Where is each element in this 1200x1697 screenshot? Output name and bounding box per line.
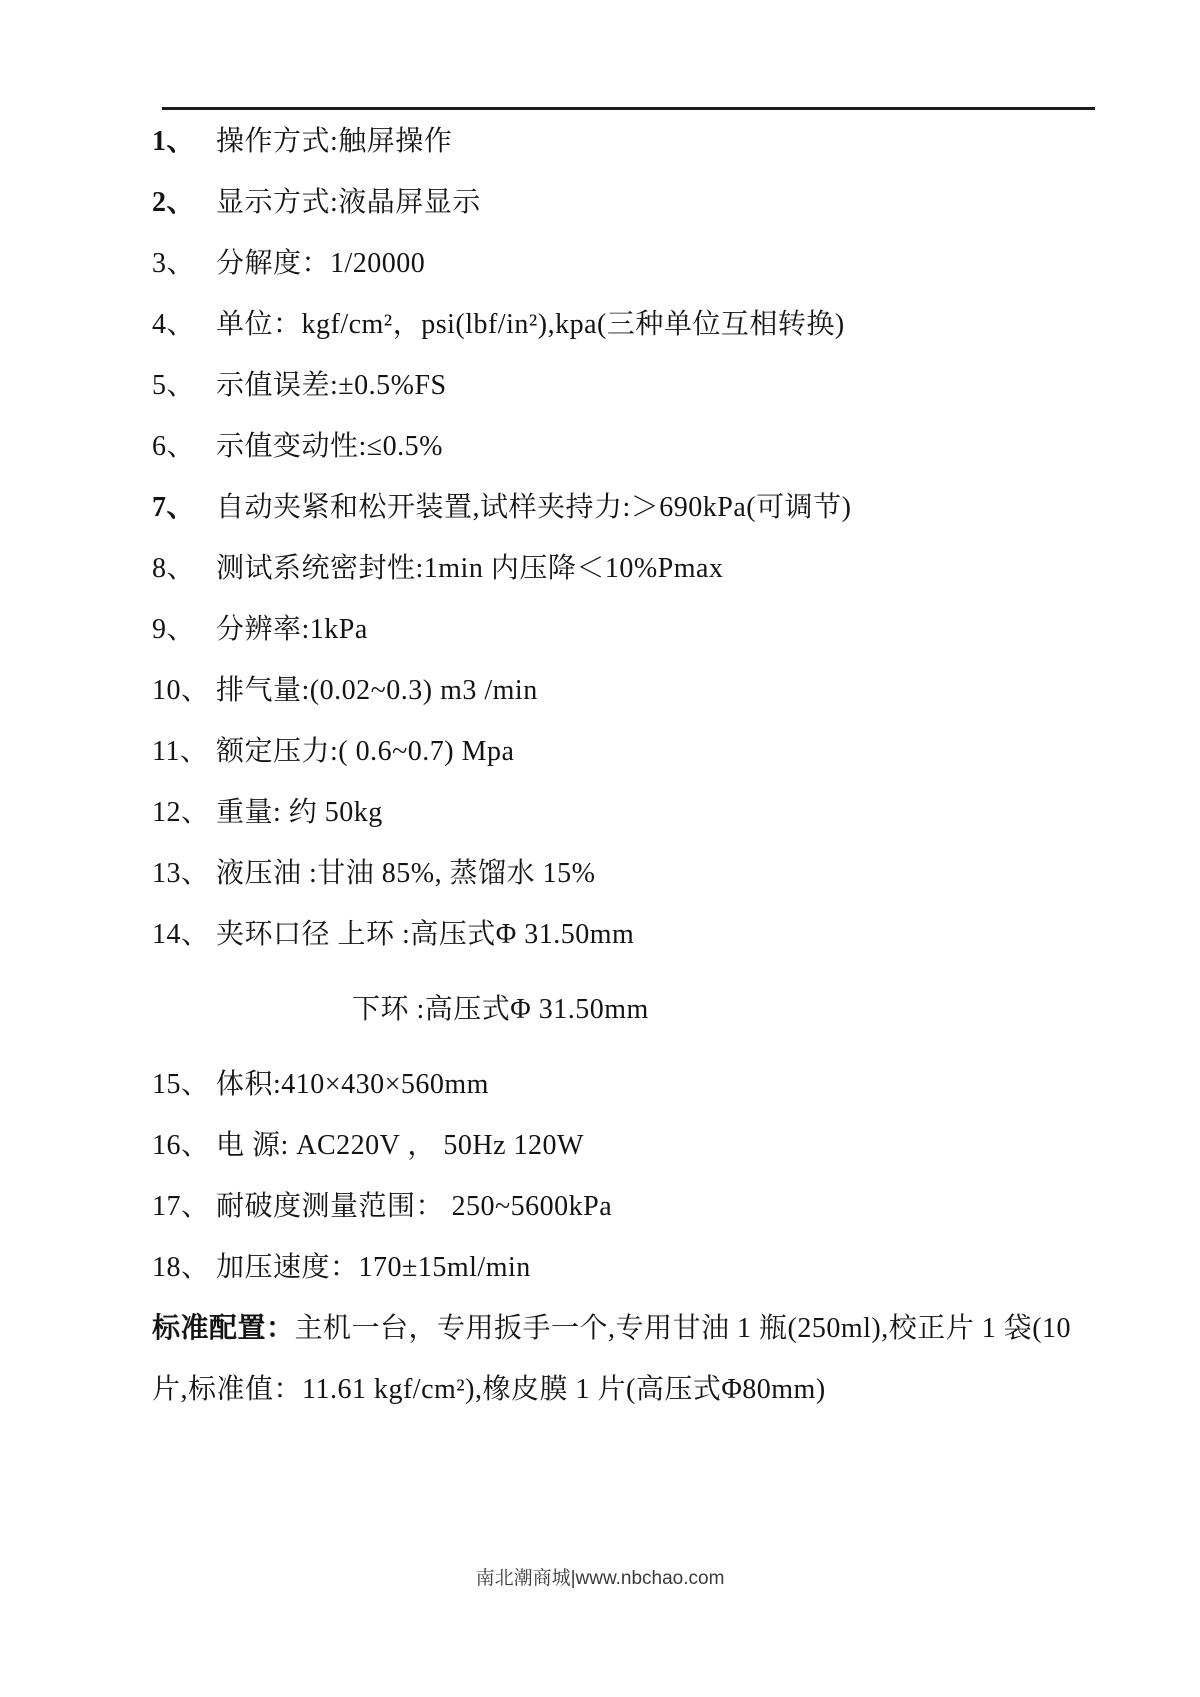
spec-item: 10、排气量:(0.02~0.3) m3 /min: [152, 675, 1132, 706]
spec-item-text: 操作方式:触屏操作: [216, 126, 452, 157]
spec-item-number: 16、: [152, 1130, 216, 1161]
spec-item-text: 液压油 :甘油 85%, 蒸馏水 15%: [216, 858, 595, 889]
document-page: 1、操作方式:触屏操作 2、显示方式:液晶屏显示 3、分解度：1/20000 4…: [0, 0, 1200, 1697]
spec-item-text: 体积:410×430×560mm: [216, 1069, 489, 1100]
spec-item-text: 单位：kgf/cm²，psi(lbf/in²),kpa(三种单位互相转换): [216, 309, 845, 340]
spec-item-number: 12、: [152, 797, 216, 828]
spec-item: 17、耐破度测量范围： 250~5600kPa: [152, 1191, 1132, 1222]
spec-item: 7、自动夹紧和松开装置,试样夹持力:＞690kPa(可调节): [152, 492, 1132, 523]
top-rule-divider: [162, 107, 1095, 110]
standard-config-text: 主机一台，专用扳手一个,专用甘油 1 瓶(250ml),校正片 1 袋(10: [295, 1313, 1072, 1344]
footer-watermark: 南北潮商城|www.nbchao.com: [0, 1563, 1200, 1590]
spec-item-text: 额定压力:( 0.6~0.7) Mpa: [216, 736, 514, 767]
spec-item: 13、液压油 :甘油 85%, 蒸馏水 15%: [152, 858, 1132, 889]
spec-item-text: 耐破度测量范围： 250~5600kPa: [216, 1191, 612, 1222]
spec-item-text: 分辨率:1kPa: [216, 614, 368, 645]
spec-item-text: 自动夹紧和松开装置,试样夹持力:＞690kPa(可调节): [216, 492, 851, 523]
spec-item: 18、加压速度：170±15ml/min: [152, 1252, 1132, 1283]
spec-item-number: 17、: [152, 1191, 216, 1222]
spec-item-text: 示值变动性:≤0.5%: [216, 431, 443, 462]
spec-item-number: 11、: [152, 736, 216, 767]
spec-item-number: 14、: [152, 919, 216, 950]
spec-item-number: 6、: [152, 431, 216, 462]
spec-item-text: 排气量:(0.02~0.3) m3 /min: [216, 675, 538, 706]
spec-item-number: 5、: [152, 370, 216, 401]
spec-item: 15、体积:410×430×560mm: [152, 1069, 1132, 1100]
spec-item-continuation: 下环 :高压式Φ 31.50mm: [152, 994, 1132, 1025]
spec-item: 14、夹环口径 上环 :高压式Φ 31.50mm: [152, 919, 1132, 950]
spec-item-text: 测试系统密封性:1min 内压降＜10%Pmax: [216, 553, 723, 584]
spec-item-number: 18、: [152, 1252, 216, 1283]
standard-config-label: 标准配置：: [152, 1313, 295, 1344]
standard-config-line-2: 片,标准值：11.61 kgf/cm²),橡皮膜 1 片(高压式Φ80mm): [152, 1374, 1132, 1405]
spec-item-number: 2、: [152, 187, 216, 218]
spec-item-text: 显示方式:液晶屏显示: [216, 187, 481, 218]
spec-item-text: 加压速度：170±15ml/min: [216, 1252, 531, 1283]
spec-item: 4、单位：kgf/cm²，psi(lbf/in²),kpa(三种单位互相转换): [152, 309, 1132, 340]
spec-item-number: 8、: [152, 553, 216, 584]
spec-item-text: 分解度：1/20000: [216, 248, 425, 279]
spec-item: 6、示值变动性:≤0.5%: [152, 431, 1132, 462]
spec-item: 16、电 源: AC220V ， 50Hz 120W: [152, 1130, 1132, 1161]
standard-config-line-1: 标准配置：主机一台，专用扳手一个,专用甘油 1 瓶(250ml),校正片 1 袋…: [152, 1313, 1132, 1344]
spec-item-text: 重量: 约 50kg: [216, 797, 383, 828]
spec-item-text: 下环 :高压式Φ 31.50mm: [352, 994, 649, 1025]
spec-item: 12、重量: 约 50kg: [152, 797, 1132, 828]
spec-item: 2、显示方式:液晶屏显示: [152, 187, 1132, 218]
standard-config-text: 片,标准值：11.61 kgf/cm²),橡皮膜 1 片(高压式Φ80mm): [152, 1374, 826, 1405]
spec-item-number: 15、: [152, 1069, 216, 1100]
spec-list: 1、操作方式:触屏操作 2、显示方式:液晶屏显示 3、分解度：1/20000 4…: [152, 126, 1132, 1435]
spec-item: 3、分解度：1/20000: [152, 248, 1132, 279]
spec-item-text: 电 源: AC220V ， 50Hz 120W: [216, 1130, 584, 1161]
spec-item-number: 3、: [152, 248, 216, 279]
spec-item: 5、示值误差:±0.5%FS: [152, 370, 1132, 401]
spec-item-number: 7、: [152, 492, 216, 523]
spec-item-number: 1、: [152, 126, 216, 157]
spec-item-number: 4、: [152, 309, 216, 340]
spec-item: 8、测试系统密封性:1min 内压降＜10%Pmax: [152, 553, 1132, 584]
footer-watermark-text: 南北潮商城|www.nbchao.com: [476, 1568, 725, 1589]
spec-item-text: 示值误差:±0.5%FS: [216, 370, 447, 401]
spec-item: 9、分辨率:1kPa: [152, 614, 1132, 645]
spec-item-number: 13、: [152, 858, 216, 889]
spec-item: 1、操作方式:触屏操作: [152, 126, 1132, 157]
spec-item-text: 夹环口径 上环 :高压式Φ 31.50mm: [216, 919, 634, 950]
spec-item: 11、额定压力:( 0.6~0.7) Mpa: [152, 736, 1132, 767]
spec-item-number: 9、: [152, 614, 216, 645]
spec-item-number: 10、: [152, 675, 216, 706]
